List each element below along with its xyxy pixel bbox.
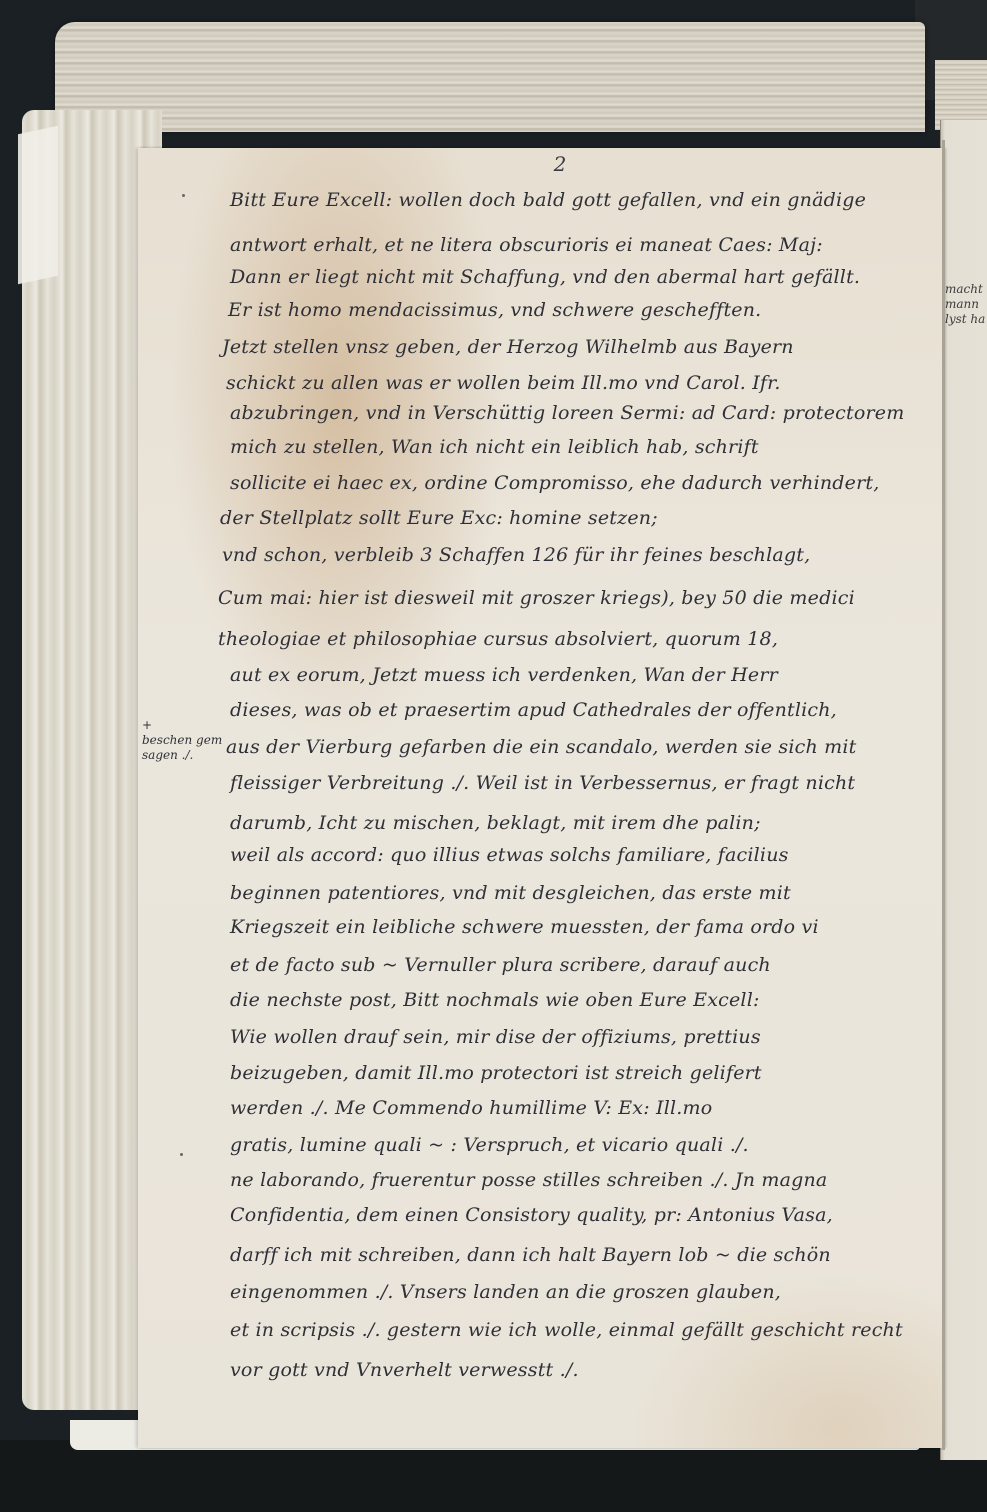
manuscript-line: weil als accord: quo illius etwas solchs… [230,840,789,870]
manuscript-line: Dann er liegt nicht mit Schaffung, vnd d… [230,262,860,292]
manuscript-line: antwort erhalt, et ne litera obscurioris… [230,230,823,260]
manuscript-line: Wie wollen drauf sein, mir dise der offi… [230,1022,761,1052]
manuscript-line: et in scripsis ./. gestern wie ich wolle… [230,1315,903,1345]
leaf-gutter-edge [942,140,945,1450]
manuscript-line: Jetzt stellen vnsz geben, der Herzog Wil… [222,332,794,362]
manuscript-line: sollicite ei haec ex, ordine Compromisso… [230,468,879,498]
manuscript-line: ne laborando, fruerentur posse stilles s… [230,1165,827,1195]
manuscript-line: die nechste post, Bitt nochmals wie oben… [230,985,760,1015]
ink-dot [182,194,185,197]
manuscript-line: beginnen patentiores, vnd mit desgleiche… [230,878,791,908]
manuscript-line: eingenommen ./. Vnsers landen an die gro… [230,1277,781,1307]
loose-paper-flap [18,126,58,285]
manuscript-line: et de facto sub ~ Vernuller plura scribe… [230,950,771,980]
manuscript-line: werden ./. Me Commendo humillime V: Ex: … [230,1093,712,1123]
manuscript-line: Kriegszeit ein leibliche schwere muesste… [230,912,819,942]
margin-note: + beschen gem sagen ./. [142,718,222,763]
manuscript-line: beizugeben, damit Ill.mo protectori ist … [230,1058,762,1088]
manuscript-line: fleissiger Verbreitung ./. Weil ist in V… [230,768,855,798]
manuscript-line: abzubringen, vnd in Verschüttig loreen S… [230,398,904,428]
right-page-margin-text: macht g mann lyst ha [945,282,987,327]
manuscript-line: Er ist homo mendacissimus, vnd schwere g… [228,295,761,325]
manuscript-line: aus der Vierburg gefarben die ein scanda… [226,732,857,762]
manuscript-line: vnd schon, verbleib 3 Schaffen 126 für i… [222,540,810,570]
page-number: 2 [540,152,580,176]
manuscript-line: Bitt Eure Excell: wollen doch bald gott … [230,185,866,215]
manuscript-line: Confidentia, dem einen Consistory qualit… [230,1200,833,1230]
dark-background-bottom [0,1440,987,1512]
manuscript-line: aut ex eorum, Jetzt muess ich verdenken,… [230,660,778,690]
manuscript-line: Cum mai: hier ist diesweil mit groszer k… [218,583,855,613]
manuscript-line: der Stellplatz sollt Eure Exc: homine se… [220,503,658,533]
manuscript-line: theologiae et philosophiae cursus absolv… [218,624,778,654]
manuscript-line: gratis, lumine quali ~ : Verspruch, et v… [230,1130,749,1160]
manuscript-line: schickt zu allen was er wollen beim Ill.… [226,368,781,398]
page-stack-top-edges [55,22,925,132]
manuscript-line: darumb, Icht zu mischen, beklagt, mit ir… [230,808,761,838]
manuscript-line: vor gott vnd Vnverhelt verwesstt ./. [230,1355,579,1385]
manuscript-line: darff ich mit schreiben, dann ich halt B… [230,1240,831,1270]
manuscript-line: dieses, was ob et praesertim apud Cathed… [230,695,837,725]
manuscript-line: mich zu stellen, Wan ich nicht ein leibl… [230,432,759,462]
ink-dot [180,1153,183,1156]
